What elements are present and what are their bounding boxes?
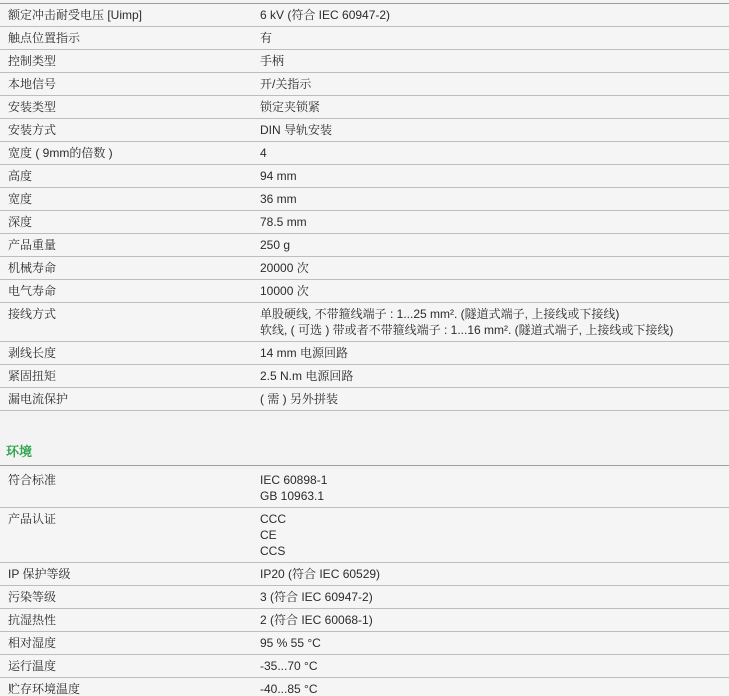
environment-section-heading: 环境 (0, 444, 729, 466)
spec-value-line: 78.5 mm (260, 214, 729, 230)
spec-value: CCC CE CCS (260, 511, 729, 559)
spec-value-line: 36 mm (260, 191, 729, 207)
environment-table: 符合标准 IEC 60898-1 GB 10963.1 产品认证 CCC CE … (0, 469, 729, 696)
spec-value-line: 2 (符合 IEC 60068-1) (260, 612, 729, 628)
table-row: 运行温度 -35...70 °C (0, 655, 729, 678)
spec-label: 漏电流保护 (0, 391, 260, 407)
spec-value: 4 (260, 145, 729, 161)
spec-value-line: 250 g (260, 237, 729, 253)
spec-value-line: ( 需 ) 另外拼装 (260, 391, 729, 407)
table-row: 紧固扭矩 2.5 N.m 电源回路 (0, 365, 729, 388)
spec-value-line: 4 (260, 145, 729, 161)
table-row: IP 保护等级 IP20 (符合 IEC 60529) (0, 563, 729, 586)
spec-label: 相对湿度 (0, 635, 260, 651)
spec-value-line: 软线, ( 可选 ) 带或者不带箍线端子 : 1...16 mm². (隧道式端… (260, 322, 729, 338)
table-row: 产品重量 250 g (0, 234, 729, 257)
table-row: 高度 94 mm (0, 165, 729, 188)
spec-label: 贮存环境温度 (0, 681, 260, 696)
spec-value: 锁定夹锁紧 (260, 99, 729, 115)
spec-label: 紧固扭矩 (0, 368, 260, 384)
spec-label: 剥线长度 (0, 345, 260, 361)
spec-value: 95 % 55 °C (260, 635, 729, 651)
spec-label: 深度 (0, 214, 260, 230)
spec-label: 宽度 (0, 191, 260, 207)
spec-label: 污染等级 (0, 589, 260, 605)
characteristics-table: 额定冲击耐受电压 [Uimp] 6 kV (符合 IEC 60947-2) 触点… (0, 3, 729, 411)
spec-label: 运行温度 (0, 658, 260, 674)
spec-value: 单股硬线, 不带箍线端子 : 1...25 mm². (隧道式端子, 上接线或下… (260, 306, 729, 338)
spec-value-line: 20000 次 (260, 260, 729, 276)
spec-value: 250 g (260, 237, 729, 253)
spec-label: 符合标准 (0, 472, 260, 488)
spec-value: DIN 导轨安装 (260, 122, 729, 138)
spec-value-line: IEC 60898-1 (260, 472, 729, 488)
spec-value-line: CCS (260, 543, 729, 559)
spec-value-line: 有 (260, 30, 729, 46)
spec-value-line: 10000 次 (260, 283, 729, 299)
spec-label: 宽度 ( 9mm的倍数 ) (0, 145, 260, 161)
spec-value: IEC 60898-1 GB 10963.1 (260, 472, 729, 504)
spec-value-line: -40...85 °C (260, 681, 729, 696)
spec-value-line: 95 % 55 °C (260, 635, 729, 651)
table-row: 宽度 36 mm (0, 188, 729, 211)
spec-value: 有 (260, 30, 729, 46)
spec-sheet-page: 额定冲击耐受电压 [Uimp] 6 kV (符合 IEC 60947-2) 触点… (0, 0, 729, 696)
table-row: 宽度 ( 9mm的倍数 ) 4 (0, 142, 729, 165)
spec-value: 14 mm 电源回路 (260, 345, 729, 361)
table-row: 接线方式 单股硬线, 不带箍线端子 : 1...25 mm². (隧道式端子, … (0, 303, 729, 342)
spec-value-line: 锁定夹锁紧 (260, 99, 729, 115)
table-row: 安装类型 锁定夹锁紧 (0, 96, 729, 119)
spec-label: 产品重量 (0, 237, 260, 253)
spec-value: 2.5 N.m 电源回路 (260, 368, 729, 384)
table-row: 产品认证 CCC CE CCS (0, 508, 729, 563)
spec-value-line: GB 10963.1 (260, 488, 729, 504)
spec-value: 20000 次 (260, 260, 729, 276)
spec-value-line: 6 kV (符合 IEC 60947-2) (260, 7, 729, 23)
spec-value: ( 需 ) 另外拼装 (260, 391, 729, 407)
spec-value: 10000 次 (260, 283, 729, 299)
spec-label: 安装方式 (0, 122, 260, 138)
spec-value-line: 3 (符合 IEC 60947-2) (260, 589, 729, 605)
spec-label: 电气寿命 (0, 283, 260, 299)
spec-value-line: 2.5 N.m 电源回路 (260, 368, 729, 384)
table-row: 漏电流保护 ( 需 ) 另外拼装 (0, 388, 729, 411)
table-row: 触点位置指示 有 (0, 27, 729, 50)
spec-value: 78.5 mm (260, 214, 729, 230)
table-row: 剥线长度 14 mm 电源回路 (0, 342, 729, 365)
table-row: 本地信号 开/关指示 (0, 73, 729, 96)
table-row: 深度 78.5 mm (0, 211, 729, 234)
spec-value-line: 94 mm (260, 168, 729, 184)
spec-label: 触点位置指示 (0, 30, 260, 46)
spec-value: -35...70 °C (260, 658, 729, 674)
spec-value-line: 开/关指示 (260, 76, 729, 92)
table-row: 电气寿命 10000 次 (0, 280, 729, 303)
spec-value: 94 mm (260, 168, 729, 184)
spec-value: 36 mm (260, 191, 729, 207)
spec-label: 高度 (0, 168, 260, 184)
table-row: 抗湿热性 2 (符合 IEC 60068-1) (0, 609, 729, 632)
spec-value-line: 单股硬线, 不带箍线端子 : 1...25 mm². (隧道式端子, 上接线或下… (260, 306, 729, 322)
table-row: 符合标准 IEC 60898-1 GB 10963.1 (0, 469, 729, 508)
table-row: 额定冲击耐受电压 [Uimp] 6 kV (符合 IEC 60947-2) (0, 4, 729, 27)
table-row: 控制类型 手柄 (0, 50, 729, 73)
table-row: 贮存环境温度 -40...85 °C (0, 678, 729, 696)
table-row: 污染等级 3 (符合 IEC 60947-2) (0, 586, 729, 609)
spec-label: 安装类型 (0, 99, 260, 115)
spec-value: 2 (符合 IEC 60068-1) (260, 612, 729, 628)
spec-label: 机械寿命 (0, 260, 260, 276)
spec-label: 控制类型 (0, 53, 260, 69)
spec-value: IP20 (符合 IEC 60529) (260, 566, 729, 582)
table-row: 机械寿命 20000 次 (0, 257, 729, 280)
spec-label: 额定冲击耐受电压 [Uimp] (0, 7, 260, 23)
spec-label: 接线方式 (0, 306, 260, 322)
spec-label: 产品认证 (0, 511, 260, 527)
spec-label: IP 保护等级 (0, 566, 260, 582)
spec-value-line: DIN 导轨安装 (260, 122, 729, 138)
spec-value-line: CE (260, 527, 729, 543)
spec-value: 6 kV (符合 IEC 60947-2) (260, 7, 729, 23)
spec-value: 手柄 (260, 53, 729, 69)
spec-value-line: 14 mm 电源回路 (260, 345, 729, 361)
spec-value: -40...85 °C (260, 681, 729, 696)
spec-value-line: 手柄 (260, 53, 729, 69)
table-row: 相对湿度 95 % 55 °C (0, 632, 729, 655)
table-row: 安装方式 DIN 导轨安装 (0, 119, 729, 142)
spec-value: 3 (符合 IEC 60947-2) (260, 589, 729, 605)
spec-value-line: -35...70 °C (260, 658, 729, 674)
spec-label: 本地信号 (0, 76, 260, 92)
spec-label: 抗湿热性 (0, 612, 260, 628)
spec-value-line: IP20 (符合 IEC 60529) (260, 566, 729, 582)
spec-value-line: CCC (260, 511, 729, 527)
spec-value: 开/关指示 (260, 76, 729, 92)
